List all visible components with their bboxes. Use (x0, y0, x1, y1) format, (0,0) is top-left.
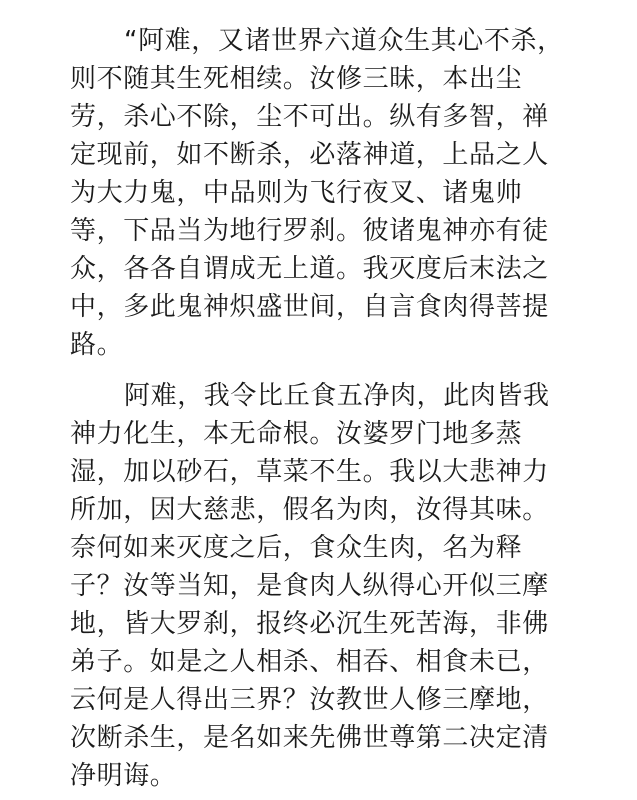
text-line: 中，多此鬼神炽盛世间，自言食肉得菩提 (70, 288, 580, 326)
text-line: 湿，加以砂石，草菜不生。我以大悲神力 (70, 453, 580, 491)
text-line: 劳，杀心不除，尘不可出。纵有多智，禅 (70, 98, 580, 136)
text-line: 阿难，我令比丘食五净肉，此肉皆我 (70, 377, 580, 415)
text-line: 云何是人得出三界？汝教世人修三摩地， (70, 681, 580, 719)
paragraph-1: “阿难，又诸世界六道众生其心不杀， 则不随其生死相续。汝修三昧，本出尘 劳，杀心… (70, 22, 580, 364)
document-page: “阿难，又诸世界六道众生其心不杀， 则不随其生死相续。汝修三昧，本出尘 劳，杀心… (70, 22, 580, 795)
text-line: 地，皆大罗刹，报终必沉生死苦海，非佛 (70, 605, 580, 643)
text-line: 则不随其生死相续。汝修三昧，本出尘 (70, 60, 580, 98)
text-line: 神力化生，本无命根。汝婆罗门地多蒸 (70, 415, 580, 453)
text-line: 次断杀生，是名如来先佛世尊第二决定清 (70, 719, 580, 757)
text-line: 路。 (70, 326, 580, 364)
text-line: 弟子。如是之人相杀、相吞、相食未已， (70, 643, 580, 681)
text-line: 所加，因大慈悲，假名为肉，汝得其味。 (70, 491, 580, 529)
text-line: “阿难，又诸世界六道众生其心不杀， (70, 22, 580, 60)
text-line: 奈何如来灭度之后，食众生肉，名为释 (70, 529, 580, 567)
text-line: 子？汝等当知，是食肉人纵得心开似三摩 (70, 567, 580, 605)
text-line: 为大力鬼，中品则为飞行夜叉、诸鬼帅 (70, 174, 580, 212)
text-line: 众，各各自谓成无上道。我灭度后末法之 (70, 250, 580, 288)
text-line: 净明诲。 (70, 757, 580, 795)
text-line: 定现前，如不断杀，必落神道，上品之人 (70, 136, 580, 174)
text-line: 等，下品当为地行罗刹。彼诸鬼神亦有徒 (70, 212, 580, 250)
paragraph-2: 阿难，我令比丘食五净肉，此肉皆我 神力化生，本无命根。汝婆罗门地多蒸 湿，加以砂… (70, 377, 580, 795)
